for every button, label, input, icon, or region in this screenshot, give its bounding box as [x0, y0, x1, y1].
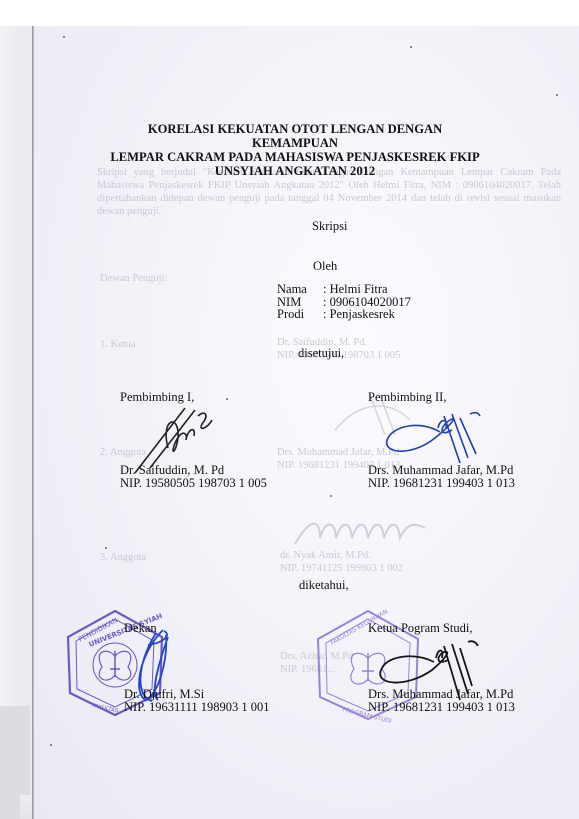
bleed-through-nip: NIP. 19741125 199903 1 002	[280, 562, 403, 575]
scan-margin-left	[0, 26, 33, 819]
bleed-through-name: dr. Nyak Amir, M.Pd.	[280, 549, 371, 562]
title-line: LEMPAR CAKRAM PADA MAHASISWA PENJASKESRE…	[110, 150, 480, 164]
dean-nip: NIP. 19631111 198903 1 001	[124, 701, 270, 714]
info-value: : Penjaskesrek	[323, 308, 395, 321]
supervisor-2-nip: NIP. 19681231 199403 1 013	[368, 477, 515, 490]
prodi-head-nip: NIP. 19681231 199403 1 013	[368, 701, 515, 714]
scan-speck	[330, 495, 332, 497]
svg-text:FAKULTAS: FAKULTAS	[92, 703, 120, 714]
scan-speck	[226, 398, 228, 400]
scan-speck	[410, 46, 412, 48]
document-type: Skripsi	[312, 219, 347, 234]
supervisor-2-signature-icon	[380, 408, 490, 468]
by-label: Oleh	[313, 259, 337, 274]
supervisor-2-block: Drs. Muhammad Jafar, M.Pd NIP. 19681231 …	[368, 464, 515, 490]
scan-speck	[556, 94, 558, 96]
info-value: : Helmi Fitra	[323, 283, 388, 296]
bleed-through-role: 1. Ketua	[100, 338, 136, 351]
author-prodi-row: Prodi : Penjaskesrek	[277, 308, 411, 321]
title-line: UNSYIAH ANGKATAN 2012	[110, 164, 480, 178]
title-line: KORELASI KEKUATAN OTOT LENGAN DENGAN KEM…	[110, 122, 480, 150]
scan-speck	[105, 547, 107, 549]
dean-block: Dr. Djufri, M.Si NIP. 19631111 198903 1 …	[124, 688, 270, 714]
author-name-row: Nama : Helmi Fitra	[277, 283, 411, 296]
document-title: KORELASI KEKUATAN OTOT LENGAN DENGAN KEM…	[110, 122, 480, 178]
info-key: Prodi	[277, 308, 323, 321]
page-edge	[32, 26, 34, 819]
scan-speck	[63, 36, 65, 38]
approved-label: disetujui,	[298, 346, 344, 361]
prodi-head-role: Ketua Pogram Studi,	[368, 621, 473, 636]
supervisor-1-block: Dr. Saifuddin, M. Pd NIP. 19580505 19870…	[120, 464, 267, 490]
bleed-through-heading: Dewan Penguji:	[100, 272, 167, 285]
supervisor-1-nip: NIP. 19580505 198703 1 005	[120, 477, 267, 490]
bleed-through-role: 3. Anggota	[100, 551, 146, 564]
acknowledged-label: diketahui,	[299, 578, 349, 593]
prodi-head-block: Drs. Muhammad Jafar, M.Pd NIP. 19681231 …	[368, 688, 515, 714]
bleed-through-signature	[290, 508, 430, 550]
scan-speck	[50, 744, 52, 746]
info-key: Nama	[277, 283, 323, 296]
supervisor-2-role: Pembimbing II,	[368, 390, 446, 405]
author-info: Nama : Helmi Fitra NIM : 0906104020017 P…	[277, 283, 411, 321]
